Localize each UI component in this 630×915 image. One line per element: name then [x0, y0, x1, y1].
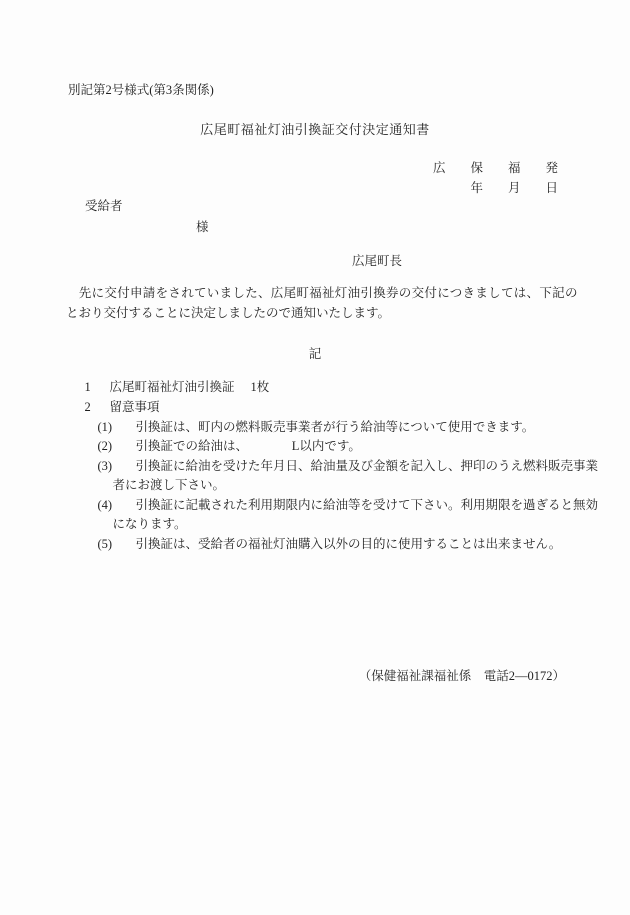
note-5-number: (5): [98, 537, 136, 551]
body-paragraph-line2: とおり交付することに決定しましたので通知いたします。: [66, 306, 390, 320]
contact-footer: （保健福祉課福祉係 電話2―0172）: [359, 669, 565, 683]
note-5: (5)引換証は、受給者の福祉灯油購入以外の目的に使用することは出来ません。: [85, 523, 561, 566]
list-item-1-count: 1枚: [251, 380, 270, 394]
recipient-label: 受給者: [85, 199, 123, 213]
note-4-text-line1: 引換証に記載された利用期限内に給油等を受けて下さい。利用期限を過ぎると無効: [136, 498, 599, 512]
ki-marker: 記: [0, 347, 630, 361]
document-page: 別記第2号様式(第3条関係) 広尾町福祉灯油引換証交付決定通知書 広 保 福 発…: [0, 0, 630, 915]
date-line: 年 月 日: [470, 181, 558, 195]
note-5-text: 引換証は、受給者の福祉灯油購入以外の目的に使用することは出来ません。: [136, 537, 562, 551]
body-paragraph-line1: 先に交付申請をされていました、広尾町福祉灯油引換券の交付につきましては、下記の: [66, 286, 578, 300]
document-title: 広尾町福祉灯油引換証交付決定通知書: [0, 123, 630, 138]
sender-name: 広尾町長: [352, 254, 402, 268]
form-number: 別記第2号様式(第3条関係): [68, 83, 214, 97]
document-reference-number: 広 保 福 発: [433, 161, 558, 175]
recipient-honorific: 様: [196, 220, 209, 234]
